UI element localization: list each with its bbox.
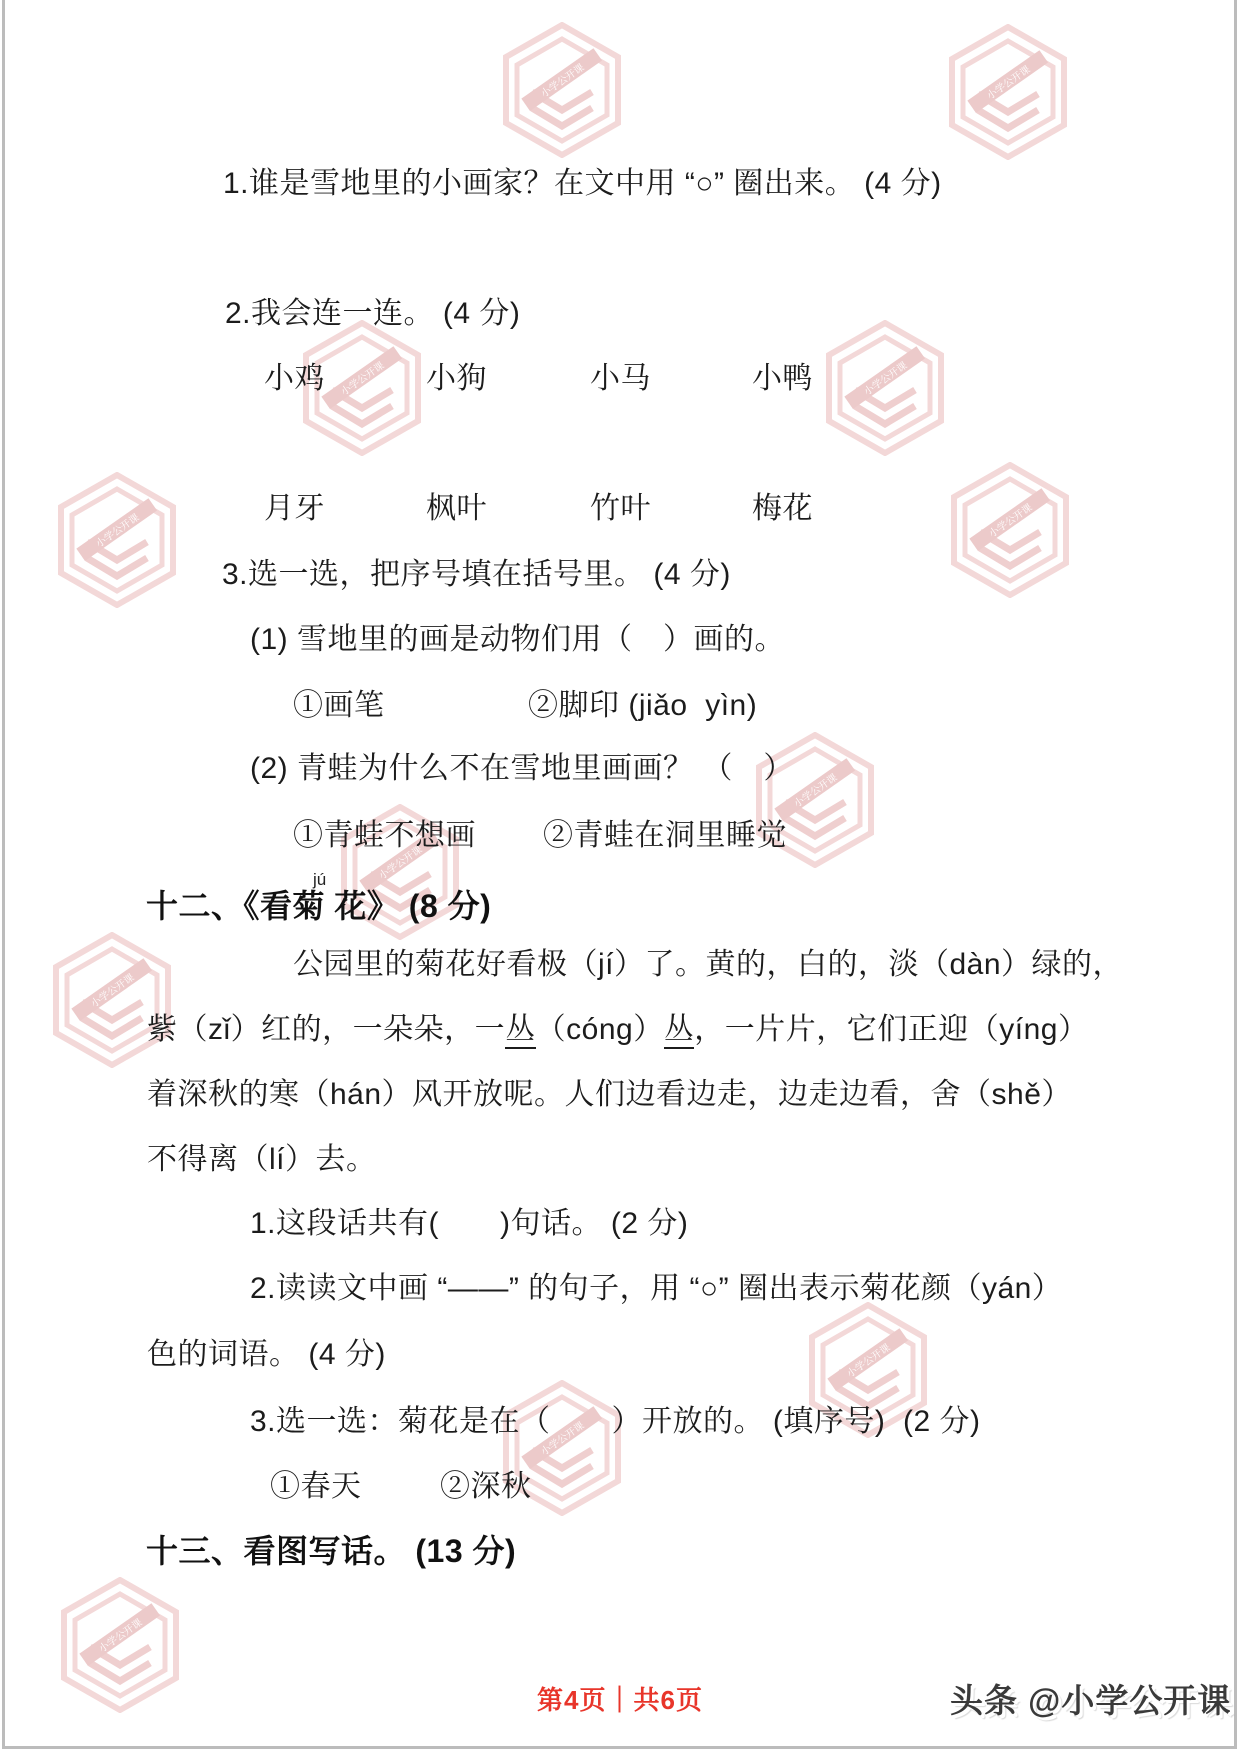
watermark-tiles	[56, 25, 1066, 1710]
q3-sub2: (2) 青蛙为什么不在雪地里画画？ （ ）	[250, 752, 794, 787]
passage-line2-underlined-cong2: 丛	[664, 1013, 695, 1049]
match-item-moon: 月牙	[264, 492, 325, 527]
section12-heading: 十二、《看菊 花》 (8 分)	[146, 888, 491, 925]
match-item-puppy: 小狗	[426, 362, 487, 397]
q3-sub1: (1) 雪地里的画是动物们用（ ）画的。	[250, 623, 785, 658]
match-item-duck: 小鸭	[752, 362, 813, 397]
q1-circle-painters: 1.谁是雪地里的小画家？在文中用 “○” 圈出来。 (4 分)	[223, 167, 942, 202]
q3-sub1-option2: ②脚印 (jiǎo yìn)	[528, 689, 757, 724]
section12-q3: 3.选一选：菊花是在（ ）开放的。 (填序号) (2 分)	[250, 1405, 981, 1440]
passage-line2-seg3: ，一片片，它们正迎（yíng）	[694, 1013, 1088, 1046]
exam-paper-page: 小学公开课 1.谁是雪地里的小画家？在文中用 “○” 圈出来。 (4 分) 2.…	[0, 0, 1240, 1754]
q3-sub2-option1: ①青蛙不想画	[293, 819, 476, 854]
q3-sub2-option2: ②青蛙在洞里睡觉	[543, 819, 787, 854]
q3-choose-heading: 3.选一选，把序号填在括号里。 (4 分)	[222, 558, 731, 593]
section12-q1: 1.这段话共有( )句话。 (2 分)	[250, 1207, 688, 1242]
passage-line2: 紫（zǐ）红的，一朵朵，一丛（cóng）丛，一片片，它们正迎（yíng）	[147, 1013, 1088, 1048]
watermark-layer: 小学公开课	[0, 0, 1240, 1754]
heading-pinyin-ju: jú	[313, 870, 326, 890]
q2-matching-heading: 2.我会连一连。 (4 分)	[225, 297, 520, 332]
passage-line3: 着深秋的寒（hán）风开放呢。人们边看边走，边走边看，舍（shě）	[147, 1078, 1072, 1113]
passage-line4: 不得离（lí）去。	[147, 1143, 377, 1178]
section12-q2-line1: 2.读读文中画 “——” 的句子，用 “○” 圈出表示菊花颜（yán）	[250, 1272, 1062, 1307]
passage-line2-seg1: 紫（zǐ）红的，一朵朵，一	[147, 1013, 505, 1046]
match-item-maple: 枫叶	[426, 492, 487, 527]
passage-line2-underlined-cong1: 丛	[505, 1013, 536, 1049]
passage-line2-seg2: （cóng）	[536, 1013, 664, 1046]
section12-q3-option1: ①春天	[270, 1470, 362, 1505]
toutiao-credit-watermark: 头条 @小学公开课	[950, 1682, 1231, 1720]
match-item-chick: 小鸡	[264, 362, 325, 397]
section12-q2-line2: 色的词语。 (4 分)	[147, 1338, 386, 1373]
section12-q3-option2: ②深秋	[440, 1470, 532, 1505]
q3-sub1-option1: ①画笔	[293, 689, 385, 724]
match-item-horse: 小马	[590, 362, 651, 397]
passage-line1: 公园里的菊花好看极（jí）了。黄的，白的，淡（dàn）绿的，	[293, 948, 1123, 983]
match-item-plum: 梅花	[752, 492, 813, 527]
section13-heading: 十三、看图写话。 (13 分)	[146, 1533, 516, 1570]
match-item-bamboo: 竹叶	[590, 492, 651, 527]
